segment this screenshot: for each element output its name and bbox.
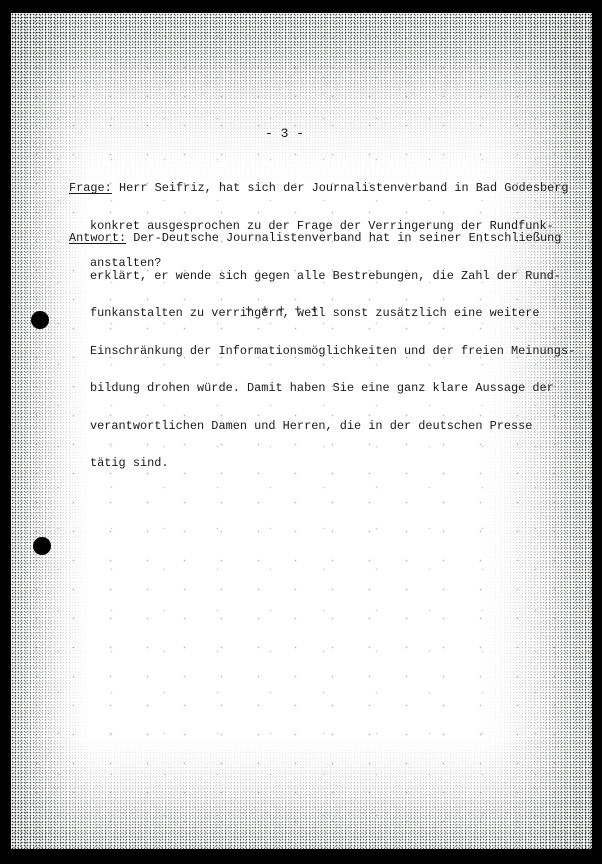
answer-line-5: bildung drohen würde. Damit haben Sie ei… (69, 382, 575, 395)
answer-first-line: Antwort: Der-Deutsche Journalistenverban… (69, 232, 575, 245)
scan-background: - 3 - Frage: Herr Seifriz, hat sich der … (0, 0, 602, 864)
answer-label: Antwort: (69, 231, 126, 245)
answer-block: Antwort: Der-Deutsche Journalistenverban… (69, 207, 575, 495)
punch-hole-lower (33, 537, 51, 555)
answer-line-1: Der-Deutsche Journalistenverband hat in … (126, 231, 561, 245)
question-first-line: Frage: Herr Seifriz, hat sich der Journa… (69, 182, 569, 195)
end-marks: + + + + + (245, 303, 319, 317)
page-number: - 3 - (265, 126, 304, 141)
answer-line-6: verantwortlichen Damen und Herren, die i… (69, 420, 575, 433)
answer-line-3: funkanstalten zu verringern, weil sonst … (69, 307, 575, 320)
answer-line-4: Einschränkung der Informationsmöglichkei… (69, 345, 575, 358)
punch-hole-upper (31, 311, 49, 329)
answer-line-7: tätig sind. (69, 457, 575, 470)
question-label: Frage: (69, 181, 112, 195)
question-line-1: Herr Seifriz, hat sich der Journalistenv… (112, 181, 569, 195)
answer-line-2: erklärt, er wende sich gegen alle Bestre… (69, 270, 575, 283)
